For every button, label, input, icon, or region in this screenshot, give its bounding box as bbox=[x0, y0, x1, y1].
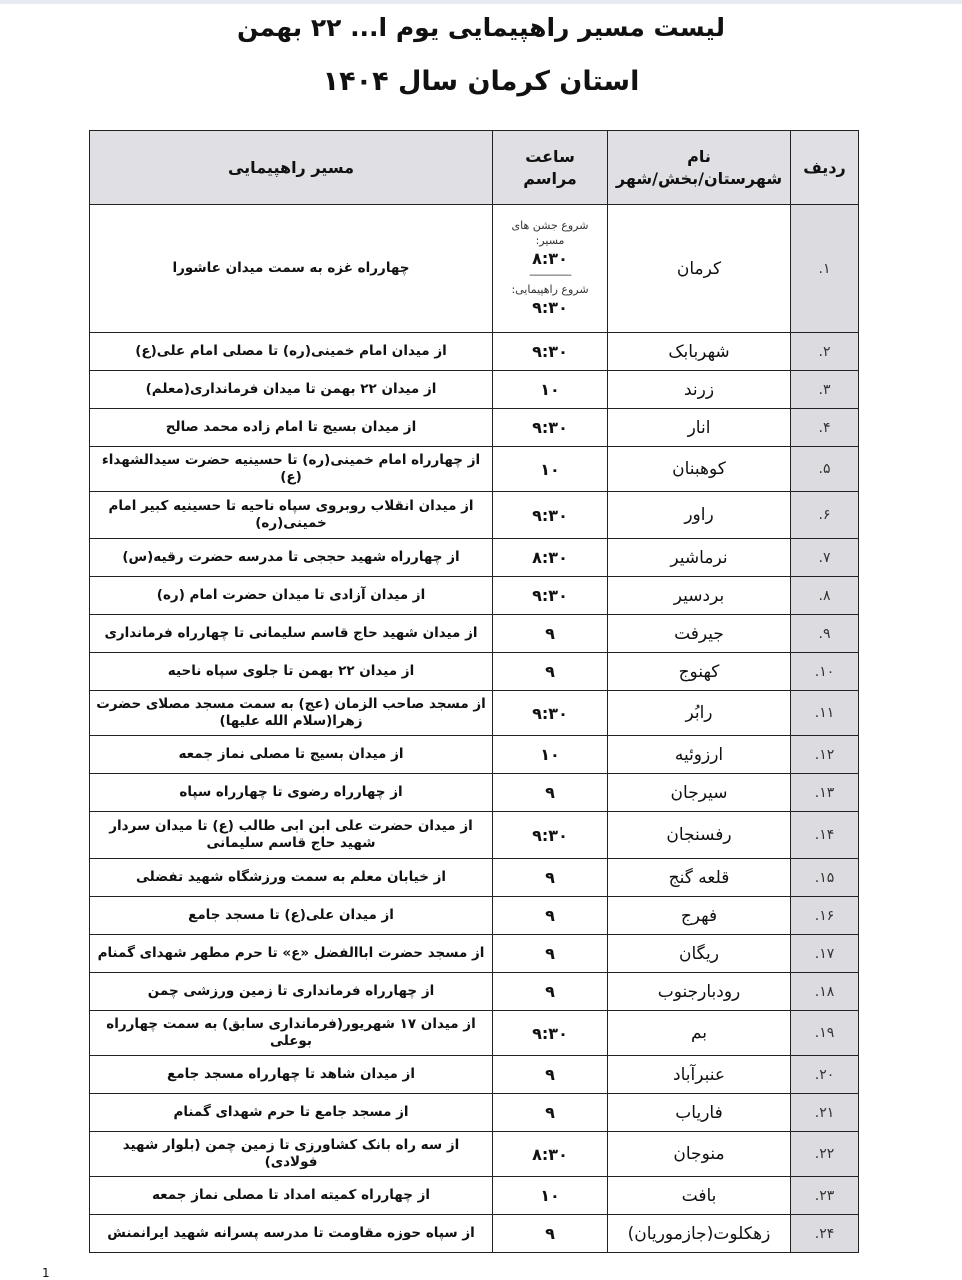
row-number: ۱۵. bbox=[791, 859, 859, 897]
row-number: ۱۹. bbox=[791, 1011, 859, 1056]
route-cell: از میدان بسیج تا امام زاده محمد صالح bbox=[90, 409, 493, 447]
row-number: ۱۲. bbox=[791, 736, 859, 774]
city-cell: منوجان bbox=[608, 1132, 791, 1177]
table-row: ۱۶.فهرج۹از میدان علی(ع) تا مسجد جامع bbox=[90, 897, 859, 935]
document-subtitle: استان کرمان سال ۱۴۰۴ bbox=[0, 60, 962, 104]
row-number: ۱۱. bbox=[791, 691, 859, 736]
header-time: ساعت مراسم bbox=[493, 131, 608, 205]
route-cell: از میدان ۲۲ بهمن تا میدان فرمانداری(معلم… bbox=[90, 371, 493, 409]
time-cell: ۱۰ bbox=[493, 447, 608, 492]
header-row-number: ردیف bbox=[791, 131, 859, 205]
row-number: ۲۳. bbox=[791, 1177, 859, 1215]
city-cell: راور bbox=[608, 492, 791, 539]
table-row: ۱۳.سیرجان۹از چهارراه رضوی تا چهارراه سپا… bbox=[90, 774, 859, 812]
city-cell: بردسیر bbox=[608, 577, 791, 615]
time-cell: ۹:۳۰ bbox=[493, 577, 608, 615]
time-cell: ۹ bbox=[493, 774, 608, 812]
route-cell: از سه راه بانک کشاورزی تا زمین چمن (بلوا… bbox=[90, 1132, 493, 1177]
table-row: ۲۴.زهکلوت(جازموریان)۹از سپاه حوزه مقاومت… bbox=[90, 1215, 859, 1253]
time-label-march: شروع راهپیمایی: bbox=[499, 282, 601, 297]
row-number: ۱۴. bbox=[791, 812, 859, 859]
time-cell: ۹ bbox=[493, 1056, 608, 1094]
route-cell: از چهارراه شهید حججی تا مدرسه حضرت رقیه(… bbox=[90, 539, 493, 577]
city-cell: کوهبنان bbox=[608, 447, 791, 492]
city-cell: بافت bbox=[608, 1177, 791, 1215]
table-row: ۸.بردسیر۹:۳۰از میدان آزادی تا میدان حضرت… bbox=[90, 577, 859, 615]
route-cell: از میدان علی(ع) تا مسجد جامع bbox=[90, 897, 493, 935]
city-cell: کهنوج bbox=[608, 653, 791, 691]
time-cell: ۹ bbox=[493, 1094, 608, 1132]
route-cell: از میدان انقلاب روبروی سپاه ناحیه تا حسی… bbox=[90, 492, 493, 539]
city-cell: رفسنجان bbox=[608, 812, 791, 859]
time-cell: ۹ bbox=[493, 897, 608, 935]
time-cell: ۹:۳۰ bbox=[493, 409, 608, 447]
time-cell: ۹:۳۰ bbox=[493, 1011, 608, 1056]
route-cell: از میدان ۲۲ بهمن تا جلوی سپاه ناحیه bbox=[90, 653, 493, 691]
row-number: ۱. bbox=[791, 205, 859, 333]
table-row: ۶.راور۹:۳۰از میدان انقلاب روبروی سپاه نا… bbox=[90, 492, 859, 539]
time-cell: ۱۰ bbox=[493, 736, 608, 774]
document-title: لیست مسیر راهپیمایی یوم ا... ۲۲ بهمن bbox=[0, 8, 962, 48]
page-number: 1 bbox=[42, 1266, 50, 1280]
row-number: ۲۰. bbox=[791, 1056, 859, 1094]
time-label-celebration: شروع جشن های مسیر: bbox=[499, 218, 601, 248]
top-edge-bar bbox=[0, 0, 962, 4]
table-row: ۹.جیرفت۹از میدان شهید حاج قاسم سلیمانی ت… bbox=[90, 615, 859, 653]
row-number: ۲۱. bbox=[791, 1094, 859, 1132]
table-row: ۲۳.بافت۱۰از چهارراه کمیته امداد تا مصلی … bbox=[90, 1177, 859, 1215]
table-row: ۱۵.قلعه گنج۹از خیابان معلم به سمت ورزشگا… bbox=[90, 859, 859, 897]
row-number: ۱۷. bbox=[791, 935, 859, 973]
city-cell: ریگان bbox=[608, 935, 791, 973]
row-number: ۸. bbox=[791, 577, 859, 615]
row-number: ۱۶. bbox=[791, 897, 859, 935]
table-row: ۱۹.بم۹:۳۰از میدان ۱۷ شهریور(فرمانداری سا… bbox=[90, 1011, 859, 1056]
header-city: نام شهرستان/بخش/شهر bbox=[608, 131, 791, 205]
table-row: ۱۲.ارزوئیه۱۰از میدان بسیج تا مصلی نماز ج… bbox=[90, 736, 859, 774]
table-header-row: ردیف نام شهرستان/بخش/شهر ساعت مراسم مسیر… bbox=[90, 131, 859, 205]
route-cell: از چهارراه رضوی تا چهارراه سپاه bbox=[90, 774, 493, 812]
table-row: ۵.کوهبنان۱۰از چهارراه امام خمینی(ره) تا … bbox=[90, 447, 859, 492]
route-cell: از خیابان معلم به سمت ورزشگاه شهید تفضلی bbox=[90, 859, 493, 897]
city-cell: رودبارجنوب bbox=[608, 973, 791, 1011]
header-city-line1: نام bbox=[614, 146, 784, 168]
time-cell: ۹ bbox=[493, 1215, 608, 1253]
march-routes-table: ردیف نام شهرستان/بخش/شهر ساعت مراسم مسیر… bbox=[89, 130, 859, 1253]
route-cell: از مسجد صاحب الزمان (عج) به سمت مسجد مصل… bbox=[90, 691, 493, 736]
route-cell: از میدان حضرت علی ابن ابی طالب (ع) تا می… bbox=[90, 812, 493, 859]
time-value-celebration: ۸:۳۰ bbox=[499, 248, 601, 270]
time-cell: ۸:۳۰ bbox=[493, 1132, 608, 1177]
time-separator: ---------------- bbox=[499, 270, 601, 282]
city-cell: نرماشیر bbox=[608, 539, 791, 577]
city-cell: جیرفت bbox=[608, 615, 791, 653]
city-cell: فاریاب bbox=[608, 1094, 791, 1132]
city-cell: زهکلوت(جازموریان) bbox=[608, 1215, 791, 1253]
table-row: ۱۸.رودبارجنوب۹از چهارراه فرمانداری تا زم… bbox=[90, 973, 859, 1011]
table-row: ۴.انار۹:۳۰از میدان بسیج تا امام زاده محم… bbox=[90, 409, 859, 447]
time-cell: ۹ bbox=[493, 859, 608, 897]
time-cell: ۹ bbox=[493, 935, 608, 973]
header-city-line2: شهرستان/بخش/شهر bbox=[614, 168, 784, 190]
city-cell: کرمان bbox=[608, 205, 791, 333]
table-row: ۲۰.عنبرآباد۹از میدان شاهد تا چهارراه مسج… bbox=[90, 1056, 859, 1094]
route-cell: از میدان آزادی تا میدان حضرت امام (ره) bbox=[90, 577, 493, 615]
time-cell: ۹ bbox=[493, 615, 608, 653]
time-cell: ۸:۳۰ bbox=[493, 539, 608, 577]
city-cell: انار bbox=[608, 409, 791, 447]
table-row: ۲.شهربابک۹:۳۰از میدان امام خمینی(ره) تا … bbox=[90, 333, 859, 371]
city-cell: فهرج bbox=[608, 897, 791, 935]
route-cell: از میدان ۱۷ شهریور(فرمانداری سابق) به سم… bbox=[90, 1011, 493, 1056]
row-number: ۱۰. bbox=[791, 653, 859, 691]
row-number: ۲. bbox=[791, 333, 859, 371]
time-cell: ۹:۳۰ bbox=[493, 812, 608, 859]
time-cell: ۹:۳۰ bbox=[493, 691, 608, 736]
time-cell: ۹:۳۰ bbox=[493, 333, 608, 371]
time-cell: ۹ bbox=[493, 653, 608, 691]
row-number: ۷. bbox=[791, 539, 859, 577]
route-cell: از مسجد جامع تا حرم شهدای گمنام bbox=[90, 1094, 493, 1132]
time-cell: ۱۰ bbox=[493, 1177, 608, 1215]
row-number: ۵. bbox=[791, 447, 859, 492]
city-cell: ارزوئیه bbox=[608, 736, 791, 774]
row-number: ۹. bbox=[791, 615, 859, 653]
route-cell: از سپاه حوزه مقاومت تا مدرسه پسرانه شهید… bbox=[90, 1215, 493, 1253]
route-cell: از مسجد حضرت اباالفضل «ع» تا حرم مطهر شه… bbox=[90, 935, 493, 973]
city-cell: عنبرآباد bbox=[608, 1056, 791, 1094]
table-row: ۳.زرند۱۰از میدان ۲۲ بهمن تا میدان فرماند… bbox=[90, 371, 859, 409]
table-row: ۲۱.فاریاب۹از مسجد جامع تا حرم شهدای گمنا… bbox=[90, 1094, 859, 1132]
city-cell: رابُر bbox=[608, 691, 791, 736]
table-row: ۱۱.رابُر۹:۳۰از مسجد صاحب الزمان (عج) به … bbox=[90, 691, 859, 736]
row-number: ۱۳. bbox=[791, 774, 859, 812]
route-cell: از میدان شاهد تا چهارراه مسجد جامع bbox=[90, 1056, 493, 1094]
route-cell: از میدان امام خمینی(ره) تا مصلی امام علی… bbox=[90, 333, 493, 371]
table-row: ۱. کرمان شروع جشن های مسیر: ۸:۳۰ -------… bbox=[90, 205, 859, 333]
route-cell: چهارراه غزه به سمت میدان عاشورا bbox=[90, 205, 493, 333]
row-number: ۱۸. bbox=[791, 973, 859, 1011]
time-value-march: ۹:۳۰ bbox=[499, 297, 601, 319]
row-number: ۲۲. bbox=[791, 1132, 859, 1177]
row-number: ۳. bbox=[791, 371, 859, 409]
row-number: ۶. bbox=[791, 492, 859, 539]
route-cell: از چهارراه امام خمینی(ره) تا حسینیه حضرت… bbox=[90, 447, 493, 492]
table-row: ۱۴.رفسنجان۹:۳۰از میدان حضرت علی ابن ابی … bbox=[90, 812, 859, 859]
header-route: مسیر راهپیمایی bbox=[90, 131, 493, 205]
time-cell: شروع جشن های مسیر: ۸:۳۰ ----------------… bbox=[493, 205, 608, 333]
table-row: ۲۲.منوجان۸:۳۰از سه راه بانک کشاورزی تا ز… bbox=[90, 1132, 859, 1177]
city-cell: شهربابک bbox=[608, 333, 791, 371]
city-cell: قلعه گنج bbox=[608, 859, 791, 897]
route-cell: از میدان شهید حاج قاسم سلیمانی تا چهاررا… bbox=[90, 615, 493, 653]
time-cell: ۹ bbox=[493, 973, 608, 1011]
city-cell: بم bbox=[608, 1011, 791, 1056]
city-cell: زرند bbox=[608, 371, 791, 409]
city-cell: سیرجان bbox=[608, 774, 791, 812]
table-row: ۱۰.کهنوج۹از میدان ۲۲ بهمن تا جلوی سپاه ن… bbox=[90, 653, 859, 691]
row-number: ۲۴. bbox=[791, 1215, 859, 1253]
table-row: ۷.نرماشیر۸:۳۰از چهارراه شهید حججی تا مدر… bbox=[90, 539, 859, 577]
time-cell: ۹:۳۰ bbox=[493, 492, 608, 539]
route-cell: از چهارراه کمیته امداد تا مصلی نماز جمعه bbox=[90, 1177, 493, 1215]
row-number: ۴. bbox=[791, 409, 859, 447]
time-cell: ۱۰ bbox=[493, 371, 608, 409]
route-cell: از میدان بسیج تا مصلی نماز جمعه bbox=[90, 736, 493, 774]
table-row: ۱۷.ریگان۹از مسجد حضرت اباالفضل «ع» تا حر… bbox=[90, 935, 859, 973]
route-cell: از چهارراه فرمانداری تا زمین ورزشی چمن bbox=[90, 973, 493, 1011]
